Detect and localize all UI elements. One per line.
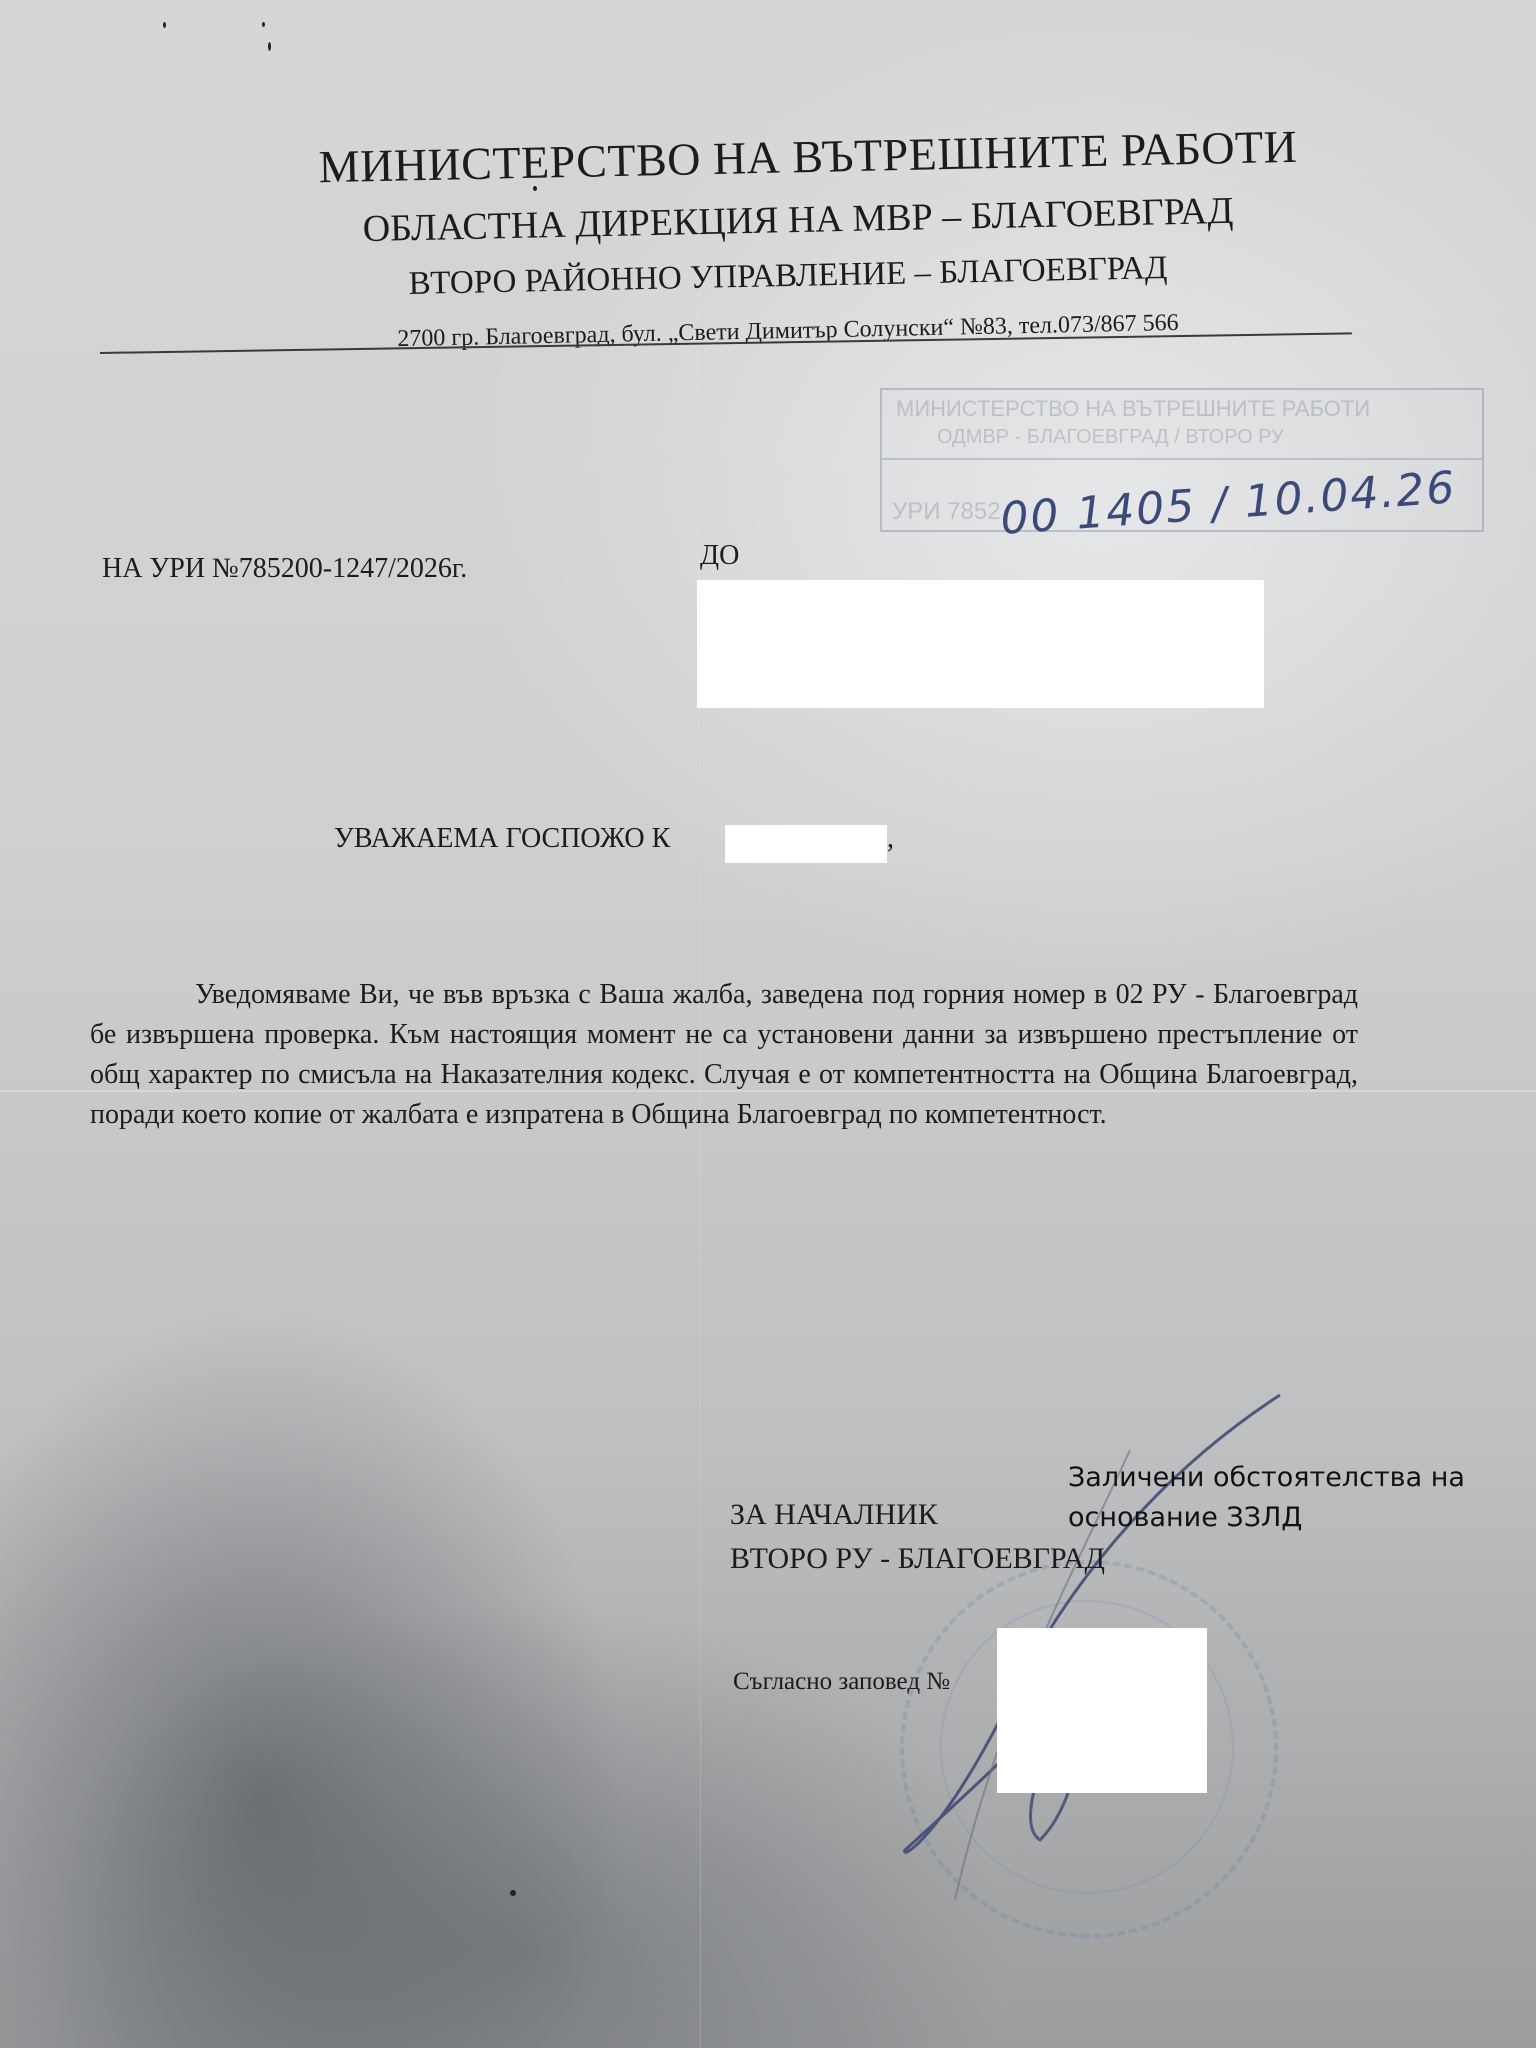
redaction-note-line-1: Заличени обстоятелства на: [1068, 1458, 1465, 1498]
signature-unit: ВТОРО РУ - БЛАГОЕВГРАД: [730, 1542, 1105, 1576]
body-paragraph: Уведомяваме Ви, че във връзка с Ваша жал…: [90, 975, 1358, 1135]
letterhead-address: 2700 гр. Благоевград, бул. „Свети Димитъ…: [20, 302, 1536, 361]
stamp-line-1: МИНИСТЕРСТВО НА ВЪТРЕШНИТЕ РАБОТИ: [896, 396, 1370, 422]
redaction-note: Заличени обстоятелства на основание ЗЗЛД: [1068, 1458, 1465, 1538]
reference-number: НА УРИ №785200-1247/2026г.: [102, 553, 467, 585]
salutation-comma: ,: [887, 823, 894, 855]
redaction-note-line-2: основание ЗЗЛД: [1068, 1498, 1465, 1538]
redacted-name: [725, 825, 887, 863]
salutation: УВАЖАЕМА ГОСПОЖО К: [334, 823, 670, 855]
redacted-signature: [997, 1628, 1207, 1793]
signature-order: Съгласно заповед №: [733, 1668, 950, 1696]
stamp-divider: [882, 458, 1482, 460]
stamp-prefix: УРИ 7852: [892, 498, 1001, 526]
stamp-line-2: ОДМВР - БЛАГОЕВГРАД / ВТОРО РУ: [937, 426, 1284, 449]
signature-title: ЗА НАЧАЛНИК: [730, 1498, 938, 1532]
recipient-label: ДО: [700, 540, 739, 572]
redacted-recipient: [697, 580, 1264, 708]
letter-body: Уведомяваме Ви, че във връзка с Ваша жал…: [90, 975, 1358, 1135]
